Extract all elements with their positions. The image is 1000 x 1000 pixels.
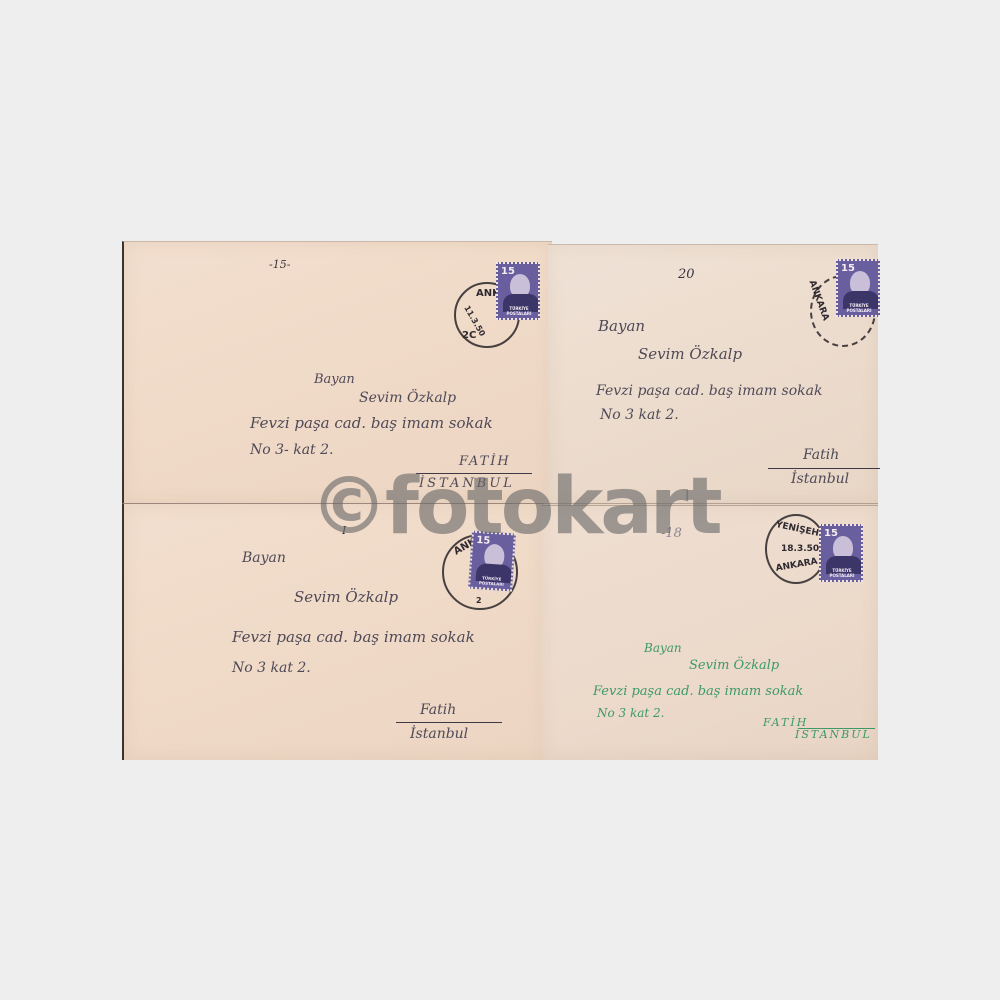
- underline: [396, 722, 502, 723]
- postmark-code: 2C: [462, 330, 476, 341]
- postage-stamp: 15 TÜRKİYE POSTALARI: [819, 524, 863, 582]
- address-salutation: Bayan: [644, 641, 682, 655]
- stamp-value: 15: [841, 263, 855, 274]
- number-mark: -15-: [269, 258, 290, 271]
- stamp-value: 15: [501, 266, 515, 277]
- postage-stamp: 15 TÜRKİYE POSTALARI: [496, 262, 540, 320]
- number-mark: 20: [678, 267, 695, 282]
- postmark-date: 18.3.50: [781, 544, 819, 554]
- address-number: No 3- kat 2.: [250, 442, 333, 458]
- address-district: Fatih: [420, 702, 456, 718]
- stamp-caption: TÜRKİYE POSTALARI: [822, 568, 862, 578]
- address-street: Fevzi paşa cad. baş imam sokak: [593, 684, 803, 699]
- watermark: ©fotokart: [310, 462, 720, 552]
- stamp-caption: TÜRKİYE POSTALARI: [471, 575, 512, 588]
- address-salutation: Bayan: [242, 550, 286, 566]
- postage-stamp: 15 TÜRKİYE POSTALARI: [836, 259, 880, 317]
- address-number: No 3 kat 2.: [600, 407, 679, 423]
- address-street: Fevzi paşa cad. baş imam sokak: [232, 628, 475, 646]
- address-salutation: Bayan: [314, 372, 355, 387]
- address-name: Sevim Özkalp: [294, 588, 398, 606]
- postmark-code: 2: [476, 596, 482, 605]
- address-salutation: Bayan: [598, 317, 645, 335]
- address-name: Sevim Özkalp: [638, 345, 742, 363]
- address-name: Sevim Özkalp: [689, 658, 779, 673]
- address-district: Fatih: [803, 447, 839, 463]
- address-number: No 3 kat 2.: [597, 706, 665, 720]
- stamp-caption: TÜRKİYE POSTALARI: [499, 306, 539, 316]
- address-name: Sevim Özkalp: [359, 390, 456, 406]
- address-street: Fevzi paşa cad. baş imam sokak: [596, 383, 822, 399]
- stamp-value: 15: [824, 528, 838, 539]
- stamp-caption: TÜRKİYE POSTALARI: [839, 303, 879, 313]
- address-number: No 3 kat 2.: [232, 660, 311, 676]
- address-street: Fevzi paşa cad. baş imam sokak: [250, 414, 493, 432]
- address-city: İstanbul: [410, 726, 468, 742]
- address-city: İSTANBUL: [795, 728, 872, 741]
- underline: [768, 468, 880, 469]
- address-city: İstanbul: [791, 471, 849, 487]
